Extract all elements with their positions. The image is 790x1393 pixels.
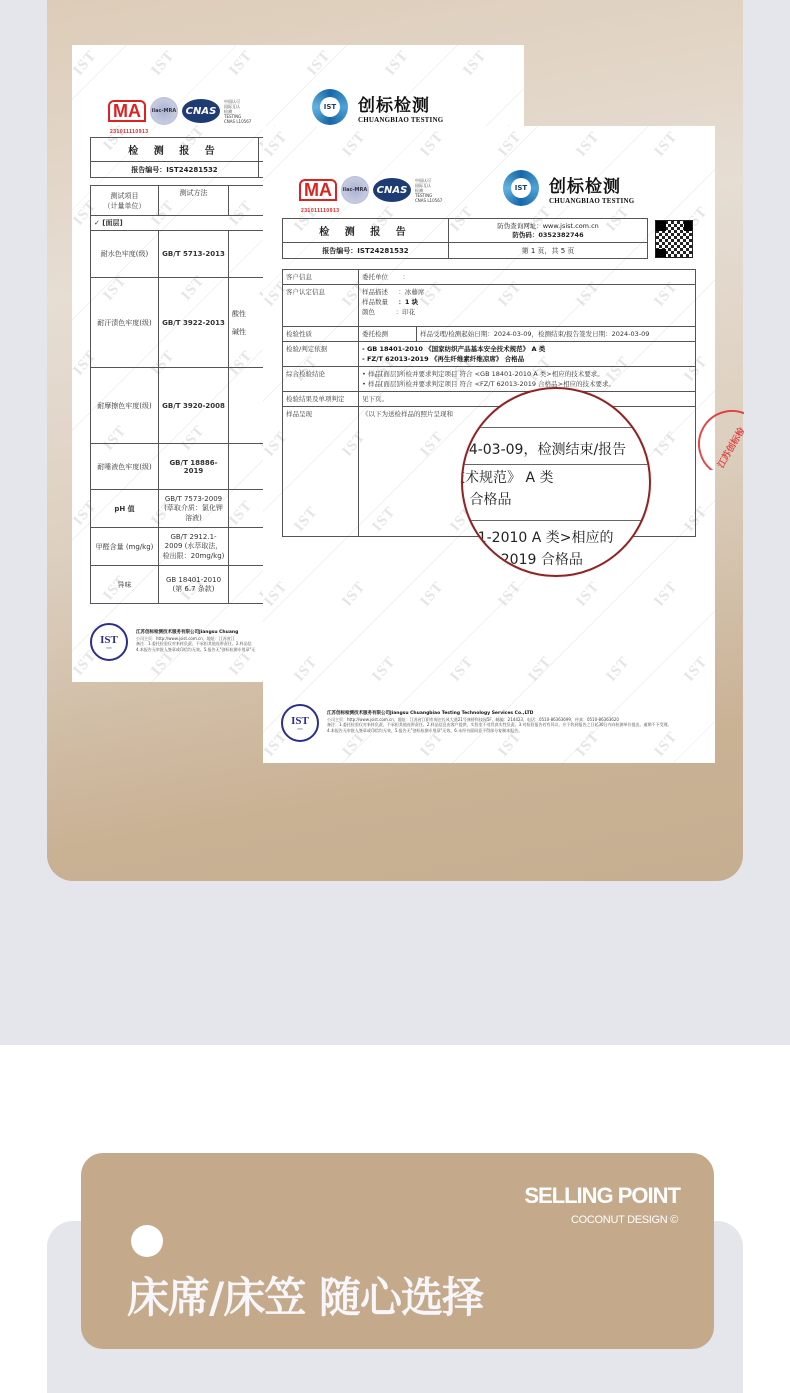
anti-counterfeit-info: 防伪查询网址：www.jsist.com.cn防伪码：0352382746	[449, 219, 648, 243]
row-label: 检验性质	[283, 327, 359, 342]
qr-code	[655, 220, 693, 258]
report-number: 报告编号：IST24281532	[91, 162, 259, 178]
brand-name-en: CHUANGBIAO TESTING	[358, 116, 443, 124]
cma-logo: MA231011110913	[299, 179, 337, 201]
test-method: GB/T 5713-2013	[159, 231, 229, 278]
selling-point-card: SELLING POINT COCONUT DESIGN © 床席/床笠 随心选…	[81, 1153, 714, 1349]
report-title: 检 测 报 告	[283, 219, 449, 243]
test-item: 异味	[91, 566, 159, 604]
sample-info: 样品描述 ：冰藤席 样品数量 ：1 块 颜色 ：印花	[359, 285, 696, 327]
test-method: GB/T 18886-2019	[159, 444, 229, 490]
test-item: 耐水色牢度(级)	[91, 231, 159, 278]
cnas-logo: CNAS	[182, 99, 220, 123]
cnas-caption: 中国认可国际互认检测TESTINGCNAS L10567	[224, 99, 251, 124]
test-item: 甲醛含量 (mg/kg)	[91, 528, 159, 566]
report-title: 检 测 报 告	[91, 138, 259, 162]
column-header-method: 测试方法	[159, 186, 229, 216]
magnifier-circle: 024-03-09，检测结束/报告 技术规范》 A 类 》 合格品 8401-2…	[461, 387, 651, 577]
brand-header: IST 创标检测 CHUANGBIAO TESTING	[503, 170, 634, 206]
footer-text: 江苏创标检测技术服务有限公司Jiangsu Chuangbiao Testing…	[327, 704, 672, 733]
cma-logo: MA231011110913	[108, 100, 146, 122]
brand-name-en: CHUANGBIAO TESTING	[549, 197, 634, 205]
row-label: 样品呈现	[283, 407, 359, 537]
official-stamp: 江苏创标检	[698, 410, 744, 470]
test-item: pH 值	[91, 490, 159, 528]
test-method: GB/T 3922-2013	[159, 278, 229, 368]
test-method: GB/T 2912.1-2009 (水萃取法，检出限：20mg/kg)	[159, 528, 229, 566]
test-item: 耐汗渍色牢度(级)	[91, 278, 159, 368]
brand-header: IST 创标检测 CHUANGBIAO TESTING	[312, 89, 443, 125]
inspection-dates: 样品受理/检测起始日期：2024-03-09，检测结束/报告签发日期：2024-…	[417, 327, 696, 342]
magnified-text: 013-2019 合格品	[469, 553, 583, 567]
row-label: 客户信息	[283, 270, 359, 285]
column-header-item: 测试项目 （计量单位）	[91, 186, 159, 216]
ist-seal-icon: IST━━━	[281, 704, 319, 742]
test-item: 耐摩擦色牢度(级)	[91, 368, 159, 444]
accreditation-logos: MA231011110913 ilac-MRA CNAS 中国认可国际互认检测T…	[299, 176, 442, 204]
cnas-caption: 中国认可国际互认检测TESTINGCNAS L10567	[415, 178, 442, 203]
report-number: 报告编号：IST24281532	[283, 243, 449, 259]
ilac-mra-logo: ilac-MRA	[341, 176, 369, 204]
ist-seal-icon: IST━━━	[90, 623, 128, 661]
page-indicator: 第 1 页，共 5 页	[449, 243, 648, 259]
test-method: GB/T 7573-2009 (萃取介质：氯化钾溶液)	[159, 490, 229, 528]
brand-name-cn: 创标检测	[358, 91, 443, 116]
standards-list: - GB 18401-2010 《国家纺织产品基本安全技术规范》 A 类- FZ…	[359, 342, 696, 367]
test-method: GB 18401-2010 (第 6.7 条款)	[159, 566, 229, 604]
row-label: 综合检验结论	[283, 367, 359, 392]
brand-name-cn: 创标检测	[549, 172, 634, 197]
test-item: 耐唾液色牢度(级)	[91, 444, 159, 490]
magnified-text: 技术规范》 A 类	[461, 471, 553, 485]
ist-logo-icon: IST	[503, 170, 539, 206]
row-label: 检验结果及单项判定	[283, 392, 359, 407]
inspection-type: 委托检测	[359, 327, 417, 342]
magnified-text: 8401-2010 A 类>相应的	[461, 531, 614, 545]
footer-text: 江苏创标检测技术服务有限公司Jiangsu Chuang 公司主页：http:/…	[136, 623, 255, 652]
row-label: 客户认定信息	[283, 285, 359, 327]
conclusion-list: • 样品[面层]所检并要求判定项目 符合 <GB 18401-2010 A 类>…	[359, 367, 696, 392]
magnified-text: 》 合格品	[461, 493, 511, 507]
report-footer: IST━━━ 江苏创标检测技术服务有限公司Jiangsu Chuangbiao …	[281, 704, 672, 742]
magnified-text: 024-03-09，检测结束/报告	[461, 443, 626, 457]
cnas-logo: CNAS	[373, 178, 411, 202]
selling-point-heading: 床席/床笠 随心选择	[127, 1265, 483, 1325]
selling-point-subtitle: COCONUT DESIGN ©	[571, 1214, 678, 1226]
selling-point-title: SELLING POINT	[524, 1183, 680, 1209]
row-label: 检验/判定依据	[283, 342, 359, 367]
accreditation-logos: MA231011110913 ilac-MRA CNAS 中国认可国际互认检测T…	[108, 97, 251, 125]
ist-logo-icon: IST	[312, 89, 348, 125]
ilac-mra-logo: ilac-MRA	[150, 97, 178, 125]
dot-decoration	[131, 1225, 163, 1257]
test-method: GB/T 3920-2008	[159, 368, 229, 444]
report-header-table: 检 测 报 告 防伪查询网址：www.jsist.com.cn防伪码：03523…	[282, 218, 648, 259]
report-footer: IST━━━ 江苏创标检测技术服务有限公司Jiangsu Chuang 公司主页…	[90, 623, 255, 661]
